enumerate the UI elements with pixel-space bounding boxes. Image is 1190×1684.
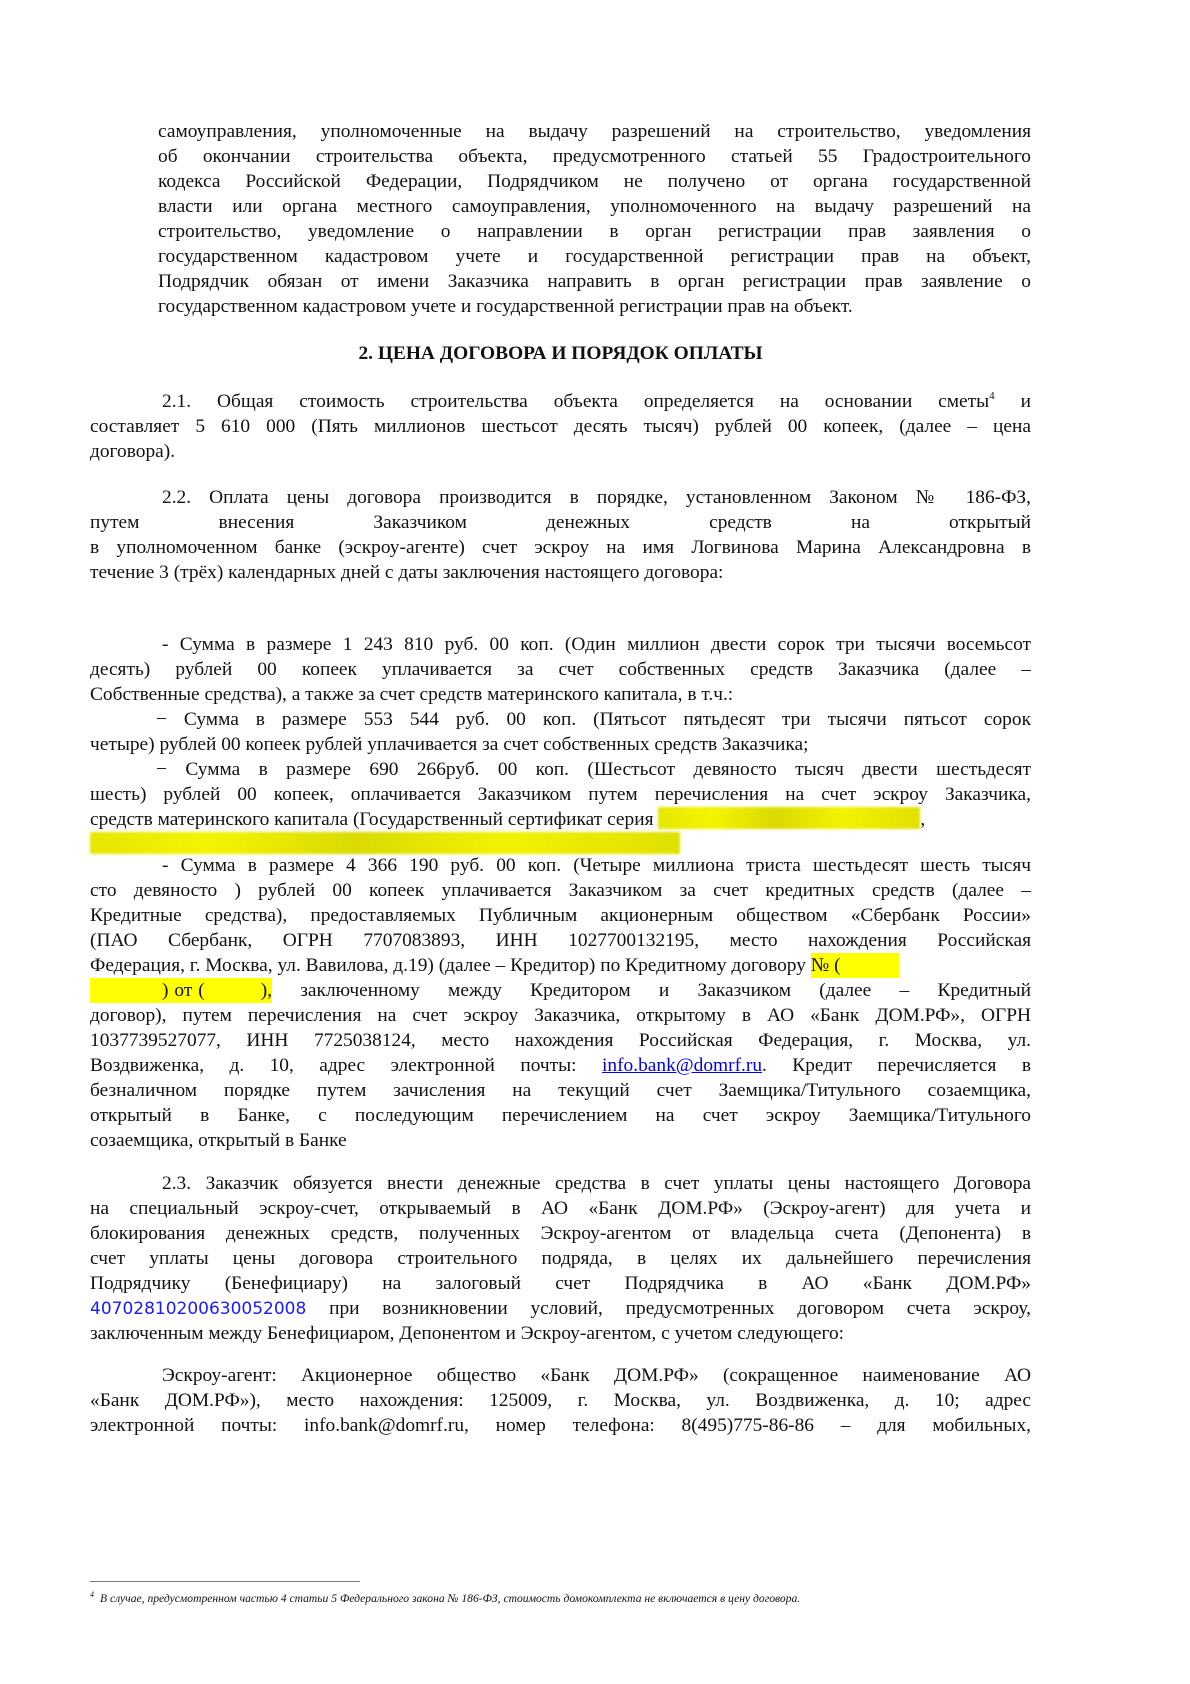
- text-line: Кредитные средства), предоставляемых Пуб…: [90, 903, 1031, 928]
- text-line: - Сумма в размере 4 366 190 руб. 00 коп.…: [90, 853, 1031, 878]
- text-line: путем внесения Заказчиком денежных средс…: [90, 510, 1031, 535]
- text-line: (ПАО Сбербанк, ОГРН 7707083893, ИНН 1027…: [90, 928, 1031, 953]
- text-line: «Банк ДОМ.РФ»), место нахождения: 125009…: [90, 1388, 1031, 1413]
- text-line: в уполномоченном банке (эскроу-агенте) с…: [90, 535, 1031, 560]
- redacted-certificate-series: [658, 807, 920, 829]
- text-line: 1037739527077, ИНН 7725038124, место нах…: [90, 1028, 1031, 1053]
- text-line: власти или органа местного самоуправлени…: [158, 194, 1031, 219]
- text-line: кодекса Российской Федерации, Подрядчико…: [158, 169, 1031, 194]
- clause-2-2: 2.2. Оплата цены договора производится в…: [90, 485, 1031, 585]
- text-line: шесть) рублей 00 копеек, оплачивается За…: [90, 782, 1031, 807]
- text-line: государственном кадастровом учете и госу…: [158, 294, 1031, 319]
- text-line: безналичном порядке путем зачисления на …: [90, 1078, 1031, 1103]
- text-line: ) от (), заключенному между Кредитором и…: [90, 978, 1031, 1003]
- payment-credit-funds: - Сумма в размере 4 366 190 руб. 00 коп.…: [90, 853, 1031, 1153]
- text-line: Федерация, г. Москва, ул. Вавилова, д.19…: [90, 953, 1031, 978]
- credit-contract-date-field[interactable]: ) от (),: [90, 978, 272, 1003]
- text-line: - Сумма в размере 1 243 810 руб. 00 коп.…: [90, 632, 1031, 657]
- footnote-number: 4: [90, 1590, 94, 1599]
- text-line: Воздвиженка, д. 10, адрес электронной по…: [90, 1053, 1031, 1078]
- clause-text: Воздвиженка, д. 10, адрес электронной по…: [90, 1055, 602, 1076]
- clause-text: при возникновении условий, предусмотренн…: [306, 1298, 1031, 1319]
- clause-text: ,: [920, 809, 925, 830]
- text-line: заключенным между Бенефициаром, Депонент…: [90, 1321, 1031, 1346]
- text-line: на специальный эскроу-счет, открываемый …: [90, 1196, 1031, 1221]
- footnote-text: В случае, предусмотренном частью 4 стать…: [100, 1592, 800, 1605]
- email-link[interactable]: info.bank@domrf.ru: [602, 1055, 762, 1076]
- redacted-certificate-number: [90, 832, 680, 854]
- text-line: − Сумма в размере 553 544 руб. 00 коп. (…: [90, 707, 1031, 732]
- text-line: договора).: [90, 439, 1031, 464]
- text-line: электронной почты: info.bank@domrf.ru, н…: [90, 1413, 1031, 1438]
- clause-text: 2.1. Общая стоимость строительства объек…: [162, 391, 989, 412]
- clause-2-1: 2.1. Общая стоимость строительства объек…: [90, 389, 1031, 464]
- text-line: договор), путем перечисления на счет эск…: [90, 1003, 1031, 1028]
- text-line: Эскроу-агент: Акционерное общество «Банк…: [90, 1363, 1031, 1388]
- escrow-agent-paragraph: Эскроу-агент: Акционерное общество «Банк…: [90, 1363, 1031, 1438]
- clause-text: средств материнского капитала (Государст…: [90, 809, 654, 830]
- text-line: счет уплаты цены договора строительного …: [90, 1246, 1031, 1271]
- clause-text: Федерация, г. Москва, ул. Вавилова, д.19…: [90, 955, 811, 976]
- text-line: Подрядчику (Бенефициару) на залоговый сч…: [90, 1271, 1031, 1296]
- continuation-paragraph: самоуправления, уполномоченные на выдачу…: [158, 119, 1031, 319]
- clause-text: и: [995, 391, 1031, 412]
- text-line: 2.1. Общая стоимость строительства объек…: [90, 389, 1031, 414]
- section-heading: 2. ЦЕНА ДОГОВОРА И ПОРЯДОК ОПЛАТЫ: [90, 341, 1031, 366]
- text-line: течение 3 (трёх) календарных дней с даты…: [90, 560, 1031, 585]
- text-line: 2.2. Оплата цены договора производится в…: [90, 485, 1031, 510]
- text-line: открытый в Банке, с последующим перечисл…: [90, 1103, 1031, 1128]
- clause-text: ),: [261, 980, 272, 1001]
- text-line: 2.3. Заказчик обязуется внести денежные …: [90, 1171, 1031, 1196]
- text-line: составляет 5 610 000 (Пять миллионов шес…: [90, 414, 1031, 439]
- text-line: четыре) рублей 00 копеек рублей уплачива…: [90, 732, 1031, 757]
- text-line: государственном кадастровом учете и госу…: [158, 244, 1031, 269]
- text-line: созаемщика, открытый в Банке: [90, 1128, 1031, 1153]
- credit-contract-number-field[interactable]: № (: [811, 953, 899, 978]
- clause-text: . Кредит перечисляется в: [762, 1055, 1031, 1076]
- pledge-account-number: 40702810200630052008: [90, 1299, 306, 1319]
- text-line: блокирования денежных средств, полученны…: [90, 1221, 1031, 1246]
- text-line: десять) рублей 00 копеек уплачивается за…: [90, 657, 1031, 682]
- clause-text: заключенному между Кредитором и Заказчик…: [272, 980, 1031, 1001]
- text-line: 40702810200630052008 при возникновении у…: [90, 1296, 1031, 1321]
- clause-2-3: 2.3. Заказчик обязуется внести денежные …: [90, 1171, 1031, 1346]
- footnote: 4В случае, предусмотренном частью 4 стат…: [90, 1591, 1050, 1607]
- text-line: самоуправления, уполномоченные на выдачу…: [158, 119, 1031, 144]
- document-page: самоуправления, уполномоченные на выдачу…: [0, 0, 1190, 1684]
- text-line: строительство, уведомление о направлении…: [158, 219, 1031, 244]
- text-line: Собственные средства), а также за счет с…: [90, 682, 1031, 707]
- text-line: средств материнского капитала (Государст…: [90, 807, 1031, 832]
- clause-text: ) от (: [162, 980, 205, 1001]
- text-line: сто девяносто ) рублей 00 копеек уплачив…: [90, 878, 1031, 903]
- payment-own-funds: - Сумма в размере 1 243 810 руб. 00 коп.…: [90, 632, 1031, 857]
- footnote-separator: [90, 1581, 360, 1582]
- text-line: − Сумма в размере 690 266руб. 00 коп. (Ш…: [90, 757, 1031, 782]
- text-line: об окончании строительства объекта, пред…: [158, 144, 1031, 169]
- text-line: Подрядчик обязан от имени Заказчика напр…: [158, 269, 1031, 294]
